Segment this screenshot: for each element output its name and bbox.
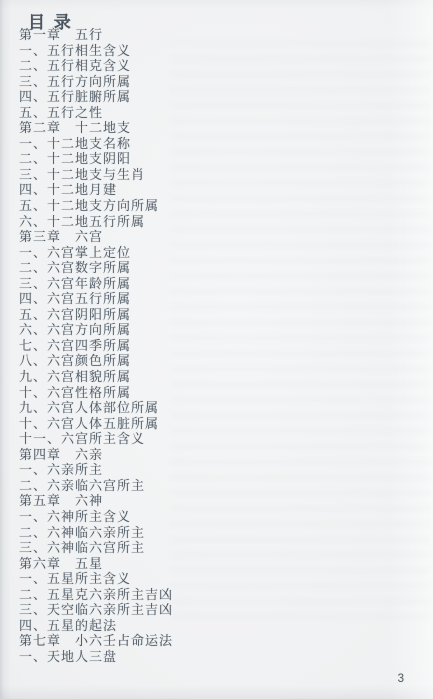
toc-item-line: 三、五行方向所属 bbox=[19, 74, 173, 90]
toc-item-line: 三、天空临六亲所主吉凶 bbox=[19, 602, 173, 618]
toc-item-line: 六、六宫方向所属 bbox=[19, 322, 173, 338]
toc-item-line: 一、天地人三盘 bbox=[19, 649, 173, 665]
toc-item-line: 四、六宫五行所属 bbox=[19, 291, 173, 307]
toc-chapter-line: 第六章 五星 bbox=[19, 556, 173, 572]
toc-chapter-line: 第四章 六亲 bbox=[19, 447, 173, 463]
toc-item-line: 一、五行相生含义 bbox=[19, 43, 173, 59]
toc-chapter-line: 第七章 小六壬占命运法 bbox=[19, 633, 173, 649]
toc-item-line: 四、五行脏腑所属 bbox=[19, 89, 173, 105]
toc-item-line: 二、五行相克含义 bbox=[19, 58, 173, 74]
toc-item-line: 五、十二地支方向所属 bbox=[19, 198, 173, 214]
toc-item-line: 三、六宫年龄所属 bbox=[19, 276, 173, 292]
toc-item-line: 三、十二地支与生肖 bbox=[19, 167, 173, 183]
toc-item-line: 四、十二地月建 bbox=[19, 182, 173, 198]
toc-item-line: 二、十二地支阴阳 bbox=[19, 151, 173, 167]
toc-item-line: 十一、六宫所主含义 bbox=[19, 431, 173, 447]
toc-item-line: 五、六宫阴阳所属 bbox=[19, 307, 173, 323]
toc-item-line: 一、六亲所主 bbox=[19, 462, 173, 478]
toc-chapter-line: 第二章 十二地支 bbox=[19, 120, 173, 136]
toc-item-line: 一、六神所主含义 bbox=[19, 509, 173, 525]
toc-item-line: 二、六宫数字所属 bbox=[19, 260, 173, 276]
toc-item-line: 九、六宫人体部位所属 bbox=[19, 400, 173, 416]
toc-chapter-line: 第一章 五行 bbox=[19, 27, 173, 43]
toc-item-line: 一、十二地支名称 bbox=[19, 136, 173, 152]
toc-item-line: 二、六亲临六宫所主 bbox=[19, 478, 173, 494]
toc-item-line: 九、六宫相貌所属 bbox=[19, 369, 173, 385]
toc-chapter-line: 第三章 六宫 bbox=[19, 229, 173, 245]
toc-item-line: 六、十二地五行所属 bbox=[19, 214, 173, 230]
toc-item-line: 十、六宫性格所属 bbox=[19, 385, 173, 401]
toc-item-line: 二、五星克六亲所主吉凶 bbox=[19, 587, 173, 603]
page-bleed-through-texture bbox=[170, 40, 430, 620]
scanned-toc-page: 目 录 第一章 五行一、五行相生含义二、五行相克含义三、五行方向所属四、五行脏腑… bbox=[0, 0, 433, 699]
toc-item-line: 一、六宫掌上定位 bbox=[19, 245, 173, 261]
toc-item-line: 八、六宫颜色所属 bbox=[19, 353, 173, 369]
toc-list: 第一章 五行一、五行相生含义二、五行相克含义三、五行方向所属四、五行脏腑所属五、… bbox=[19, 27, 173, 664]
toc-item-line: 十、六宫人体五脏所属 bbox=[19, 416, 173, 432]
page-number: 3 bbox=[398, 673, 404, 685]
toc-item-line: 一、五星所主含义 bbox=[19, 571, 173, 587]
toc-item-line: 三、六神临六宫所主 bbox=[19, 540, 173, 556]
toc-item-line: 四、五星的起法 bbox=[19, 618, 173, 634]
toc-item-line: 七、六宫四季所属 bbox=[19, 338, 173, 354]
toc-item-line: 五、五行之性 bbox=[19, 105, 173, 121]
toc-chapter-line: 第五章 六神 bbox=[19, 493, 173, 509]
toc-item-line: 二、六神临六亲所主 bbox=[19, 525, 173, 541]
